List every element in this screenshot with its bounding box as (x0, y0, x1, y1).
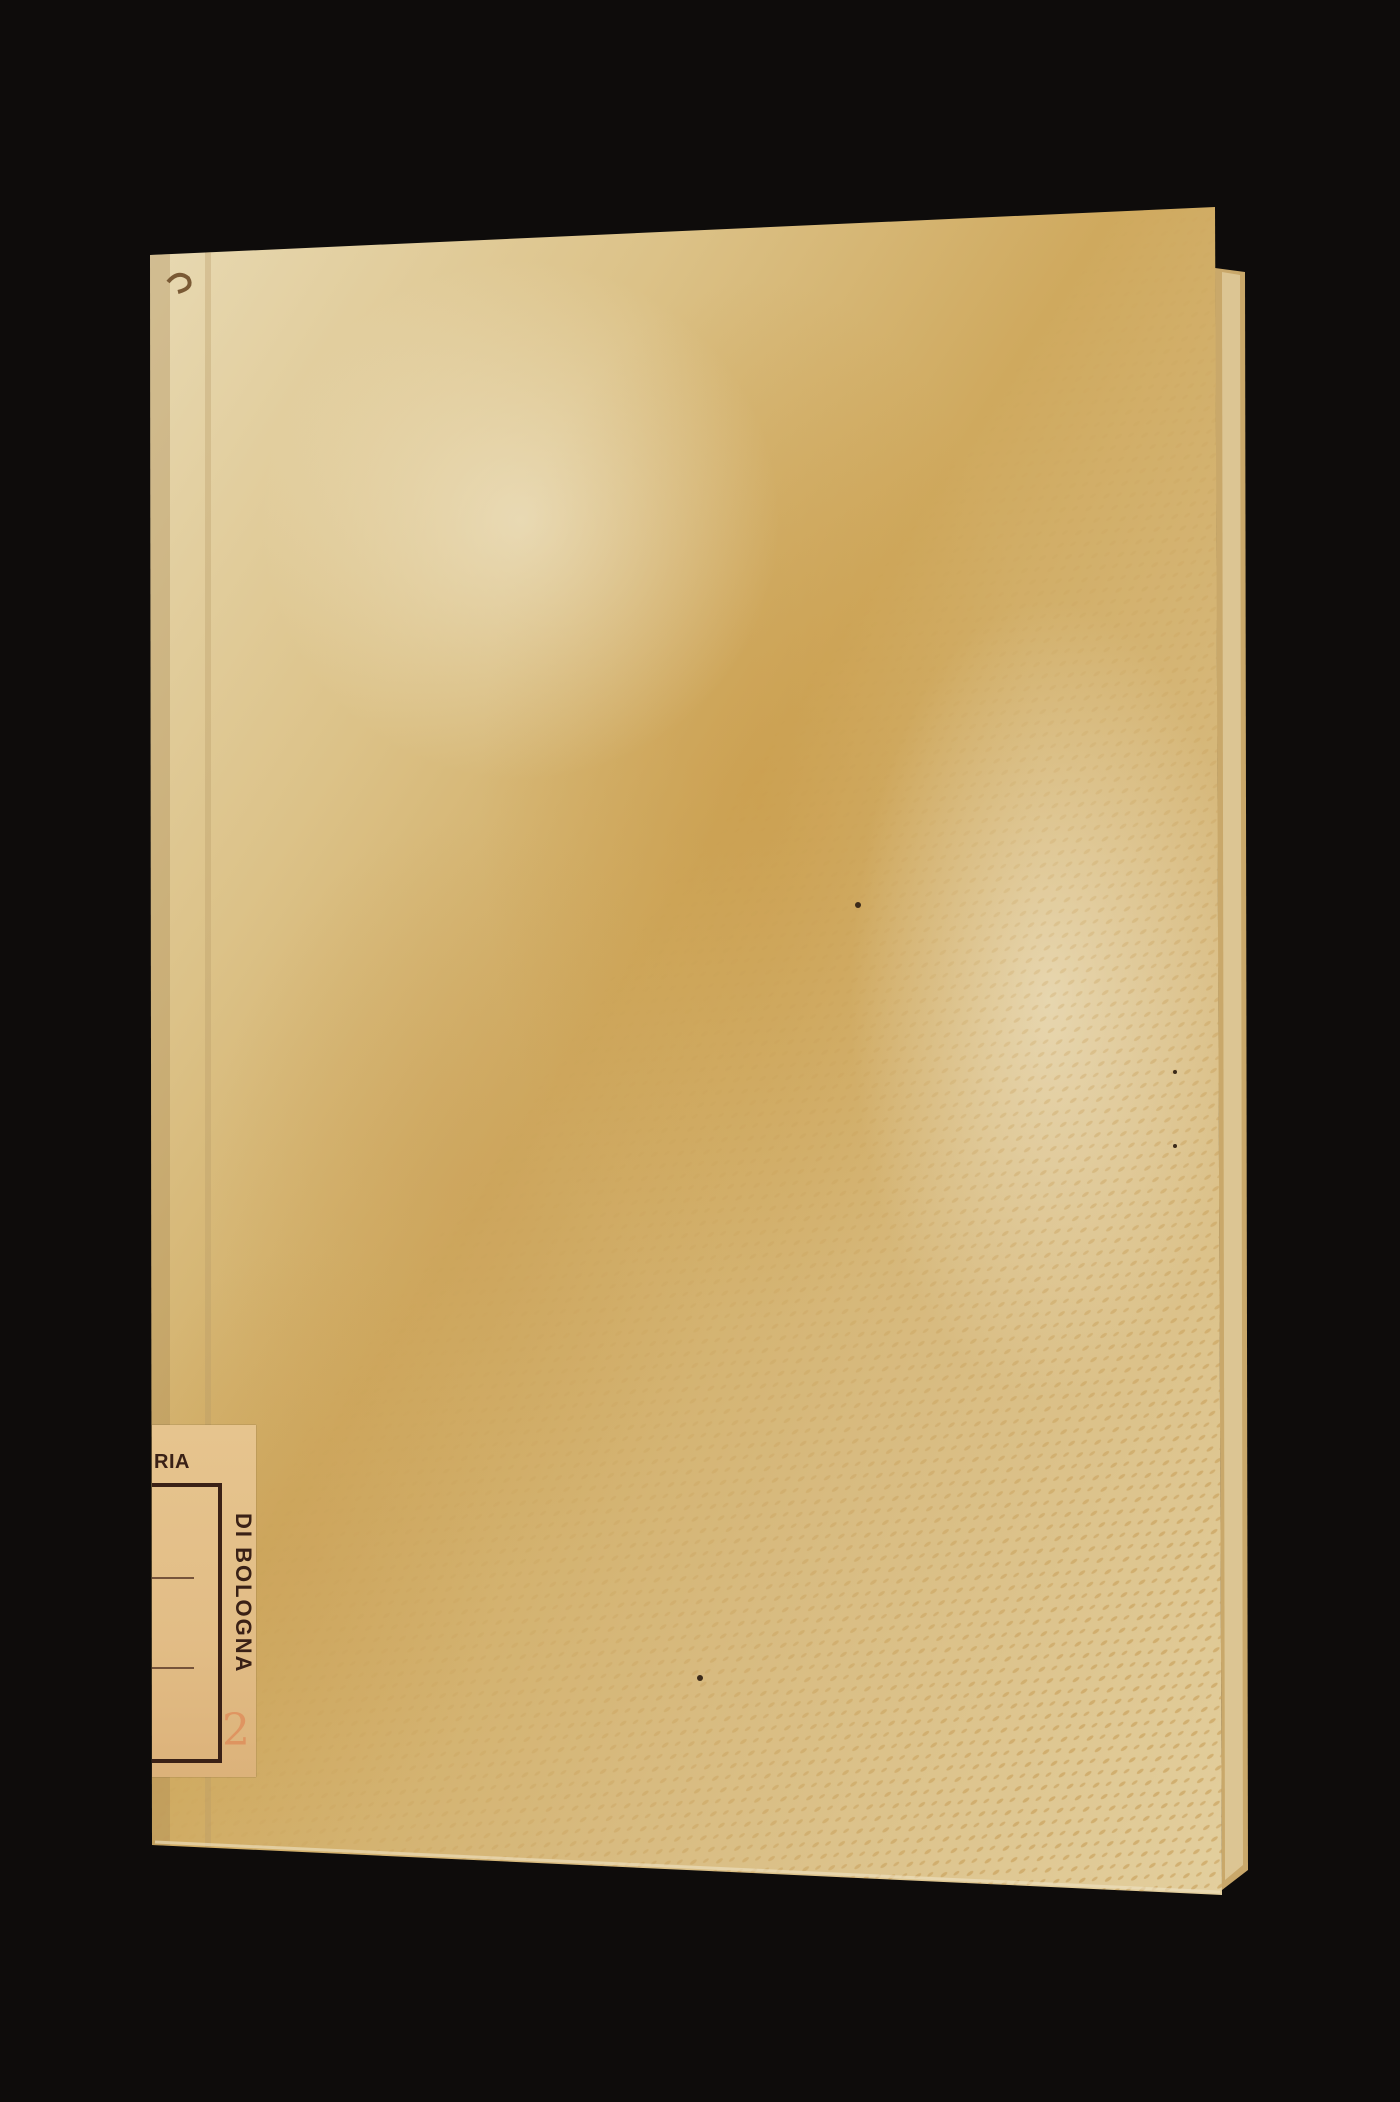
label-rule-line (152, 1667, 194, 1669)
label-frame (152, 1483, 222, 1763)
label-location-text: DI BOLOGNA (230, 1513, 256, 1674)
library-label: RIA DI BOLOGNA 2 (152, 1425, 256, 1777)
handwritten-shelfmark: 2 (222, 1705, 250, 1756)
label-rule-line (152, 1577, 194, 1579)
photo-scene: RIA DI BOLOGNA 2 (0, 0, 1400, 2102)
label-top-text: RIA (154, 1451, 190, 1474)
vellum-book (0, 0, 1400, 2102)
